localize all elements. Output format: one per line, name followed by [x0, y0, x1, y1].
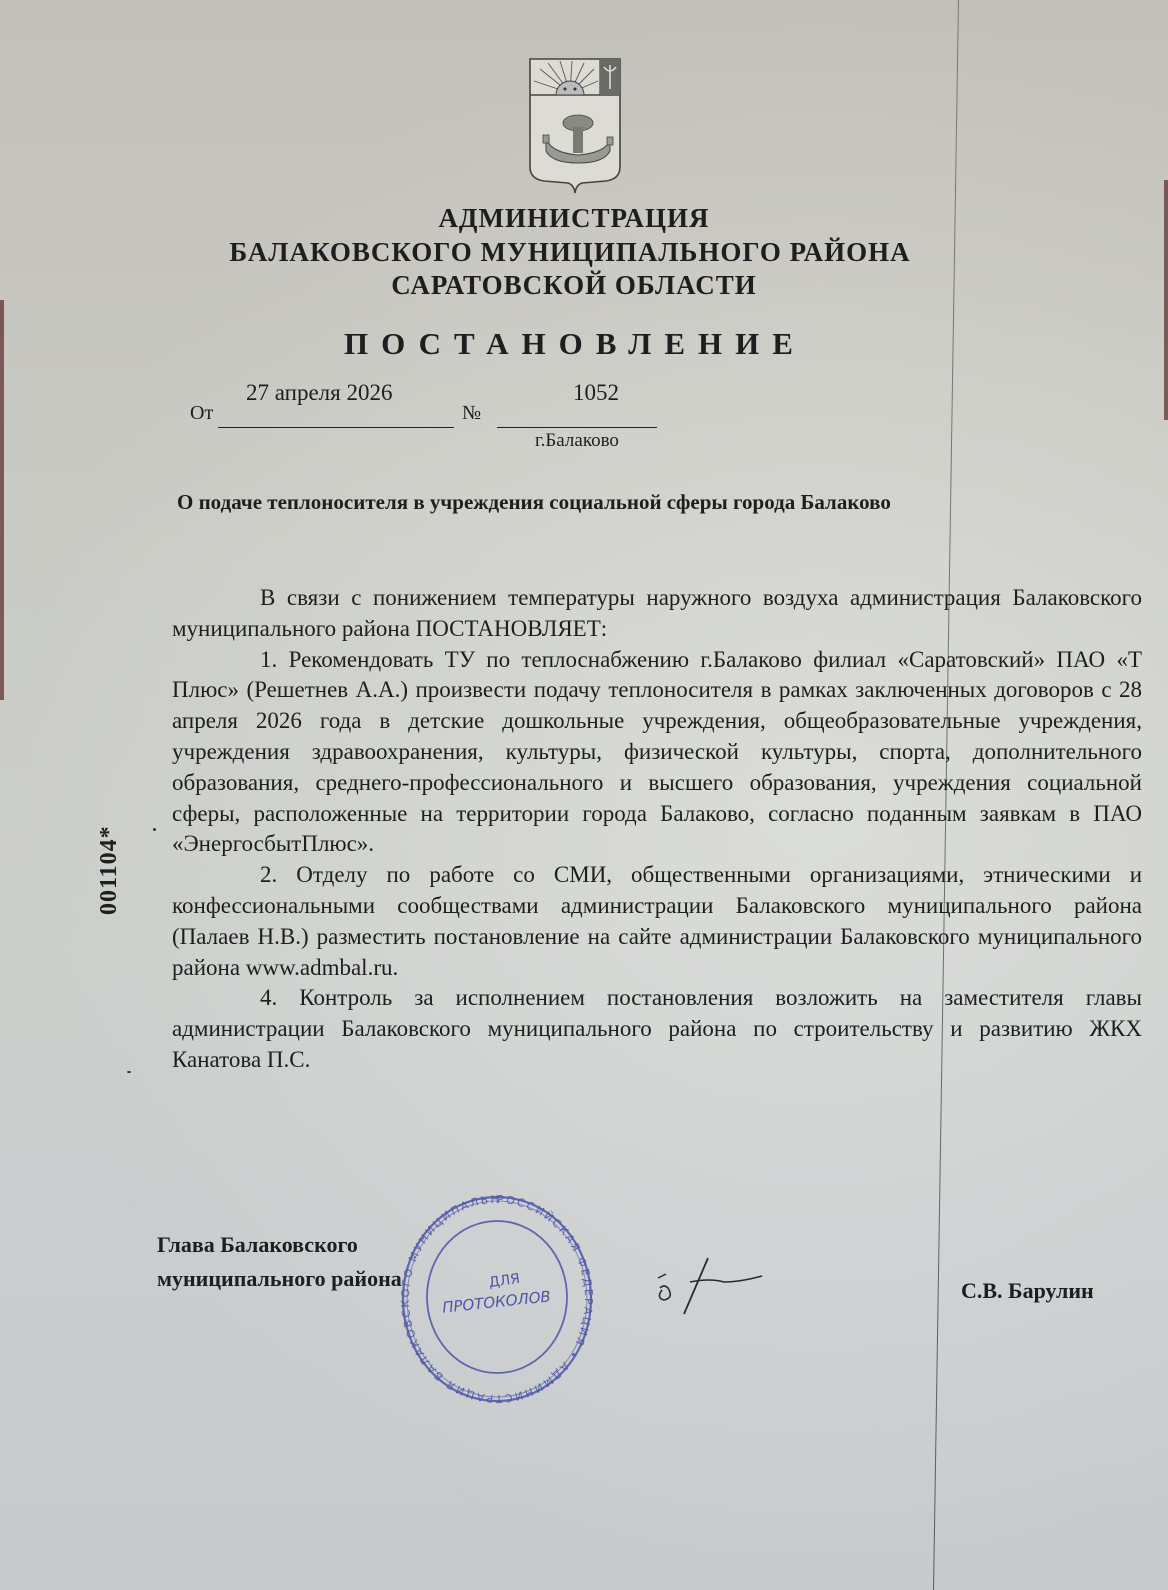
paper-edge-right: [1164, 180, 1168, 420]
signatory-position-line2: муниципального района: [157, 1262, 402, 1296]
signatory-position-line1: Глава Балаковского: [157, 1228, 402, 1262]
clause-4-paragraph: 4. Контроль за исполнением постановления…: [172, 983, 1142, 1075]
coat-of-arms-icon: [528, 57, 622, 197]
preamble-paragraph: В связи с понижением температуры наружно…: [172, 583, 1142, 645]
header-region: САРАТОВСКОЙ ОБЛАСТИ: [0, 270, 1148, 301]
document-number: 1052: [573, 380, 619, 406]
clause-2-paragraph: 2. Отделу по работе со СМИ, общественным…: [172, 860, 1142, 983]
document-body: В связи с понижением температуры наружно…: [172, 583, 1142, 1076]
official-stamp-icon: РОССИЙСКАЯ ФЕДЕРАЦИЯ • АДМИНИСТРАЦИЯ БАЛ…: [397, 1185, 597, 1410]
signatory-name: С.В. Барулин: [961, 1278, 1094, 1304]
date-label: От: [190, 402, 213, 425]
signatory-position: Глава Балаковского муниципального района: [157, 1228, 402, 1296]
ink-dot: [153, 828, 156, 831]
handwritten-signature-icon: [650, 1252, 770, 1322]
clause-1-paragraph: 1. Рекомендовать ТУ по теплоснабжению г.…: [172, 645, 1142, 861]
document-type-title: ПОСТАНОВЛЕНИЕ: [0, 326, 1150, 362]
document-city: г.Балаково: [535, 430, 619, 452]
header-district: БАЛАКОВСКОГО МУНИЦИПАЛЬНОГО РАЙОНА: [0, 237, 1140, 268]
document-subject: О подаче теплоносителя в учреждения соци…: [177, 490, 891, 515]
document-date: 27 апреля 2026: [246, 380, 392, 406]
ink-dot: [127, 1071, 131, 1073]
svg-text:ПРОТОКОЛОВ: ПРОТОКОЛОВ: [441, 1287, 551, 1316]
side-registration-number: 001104*: [96, 825, 123, 915]
number-underline: [497, 427, 657, 428]
date-underline: [218, 427, 454, 428]
header-organization: АДМИНИСТРАЦИЯ: [0, 203, 1148, 234]
svg-text:ДЛЯ: ДЛЯ: [488, 1271, 521, 1291]
number-label: №: [462, 402, 481, 425]
